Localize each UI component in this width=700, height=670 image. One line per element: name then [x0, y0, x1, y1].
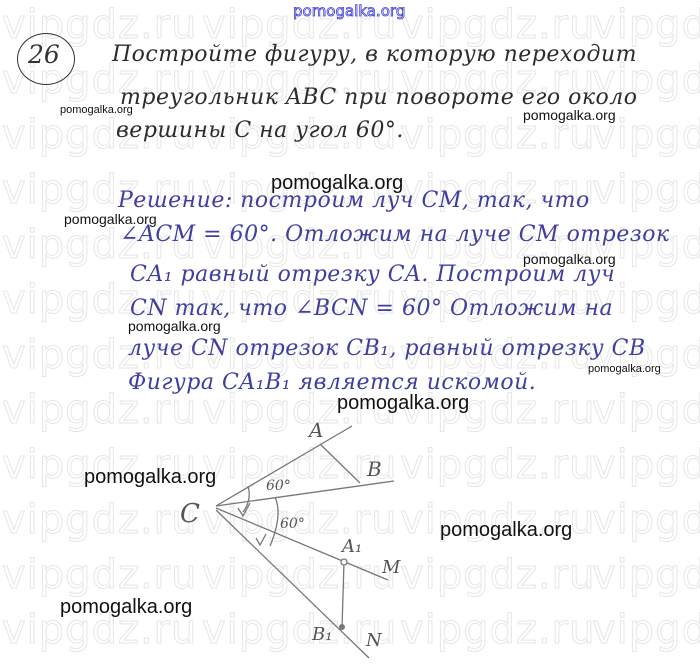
- overlay-label: pomogalka.org: [64, 211, 157, 227]
- point-a1-marker: [341, 559, 347, 565]
- ray-ca: [216, 426, 352, 506]
- rotation-diagram: C A B A₁ M B₁ N 60° 60°: [0, 0, 700, 670]
- ray-cb: [216, 481, 394, 506]
- angle-label-1: 60°: [266, 478, 291, 494]
- homework-page: vipgdz.ruvipgdz.ruvipgdz.ruvipgdz.ruvipg…: [0, 0, 700, 670]
- ray-cn: [216, 510, 369, 658]
- overlay-label: pomogalka.org: [60, 104, 133, 116]
- label-n: N: [365, 630, 383, 651]
- overlay-label: pomogalka.org: [128, 318, 221, 334]
- overlay-label: pomogalka.org: [523, 107, 616, 123]
- label-b1: B₁: [311, 624, 332, 645]
- overlay-label: pomogalka.org: [60, 596, 192, 619]
- overlay-label: pomogalka.org: [84, 466, 216, 489]
- label-b: B: [366, 457, 382, 481]
- label-a1: A₁: [340, 536, 362, 557]
- angle-tick-2: [256, 534, 266, 545]
- segment-a1b1: [342, 562, 344, 628]
- overlay-label: pomogalka.org: [337, 392, 469, 415]
- angle-arc-bcn: [270, 497, 278, 546]
- overlay-label: pomogalka.org: [588, 363, 661, 375]
- label-m: M: [381, 557, 401, 578]
- label-c: C: [180, 499, 200, 529]
- segment-ab: [320, 444, 360, 483]
- overlay-label: pomogalka.org: [523, 251, 616, 267]
- point-b1-marker: [339, 624, 345, 630]
- angle-label-2: 60°: [280, 516, 305, 532]
- overlay-label: pomogalka.org: [440, 519, 572, 542]
- label-a: A: [307, 418, 323, 442]
- overlay-label: pomogalka.org: [271, 172, 403, 195]
